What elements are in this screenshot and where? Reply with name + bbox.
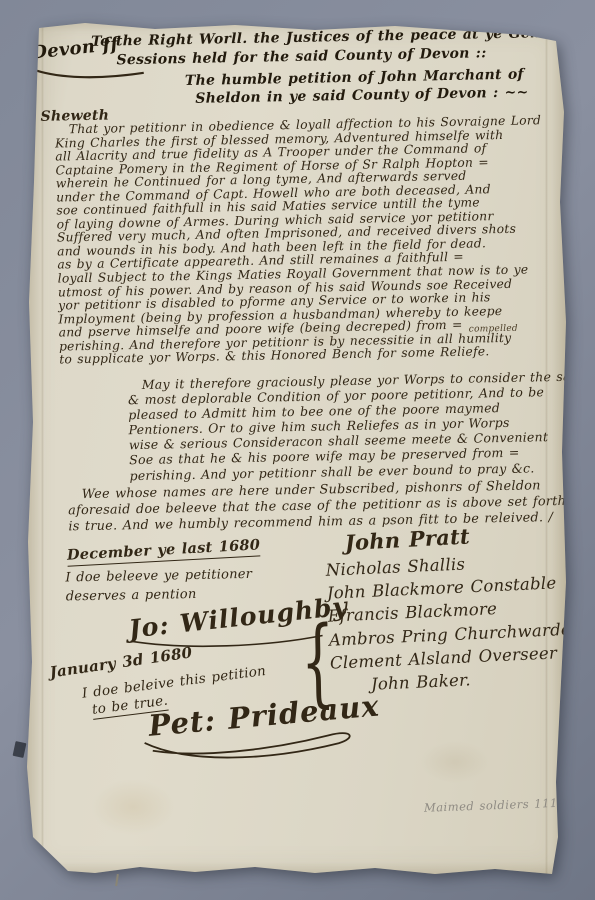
- signatories-list: Nicholas Shallis John Blackmore Constabl…: [325, 549, 584, 699]
- document-photo: Devon ff To the Right Worll. the Justice…: [0, 0, 595, 900]
- prayer-clause: May it therefore graciously please yor W…: [128, 369, 550, 483]
- attestation: Wee whose names are here under Subscribe…: [68, 478, 559, 535]
- endorsement-note: deserves a pention: [66, 587, 197, 605]
- heading-address-line: Sessions held for the said County of Dev…: [116, 45, 486, 68]
- interlinear-insertion: compelled: [469, 324, 518, 335]
- manuscript-paper: Devon ff To the Right Worll. the Justice…: [25, 22, 566, 876]
- endorsement-note: I doe beleeve ye petitioner: [65, 567, 252, 586]
- signature-prideaux: Pet: Prideaux: [147, 688, 381, 742]
- pencil-annotation: Maimed soldiers 111: [424, 796, 558, 815]
- date-december: December ye last 1680: [67, 536, 261, 566]
- heading-address-line: To the Right Worll. the Justices of the …: [91, 25, 578, 50]
- signature-john-pratt: John Pratt: [344, 524, 470, 556]
- ink-layer: Devon ff To the Right Worll. the Justice…: [17, 17, 574, 881]
